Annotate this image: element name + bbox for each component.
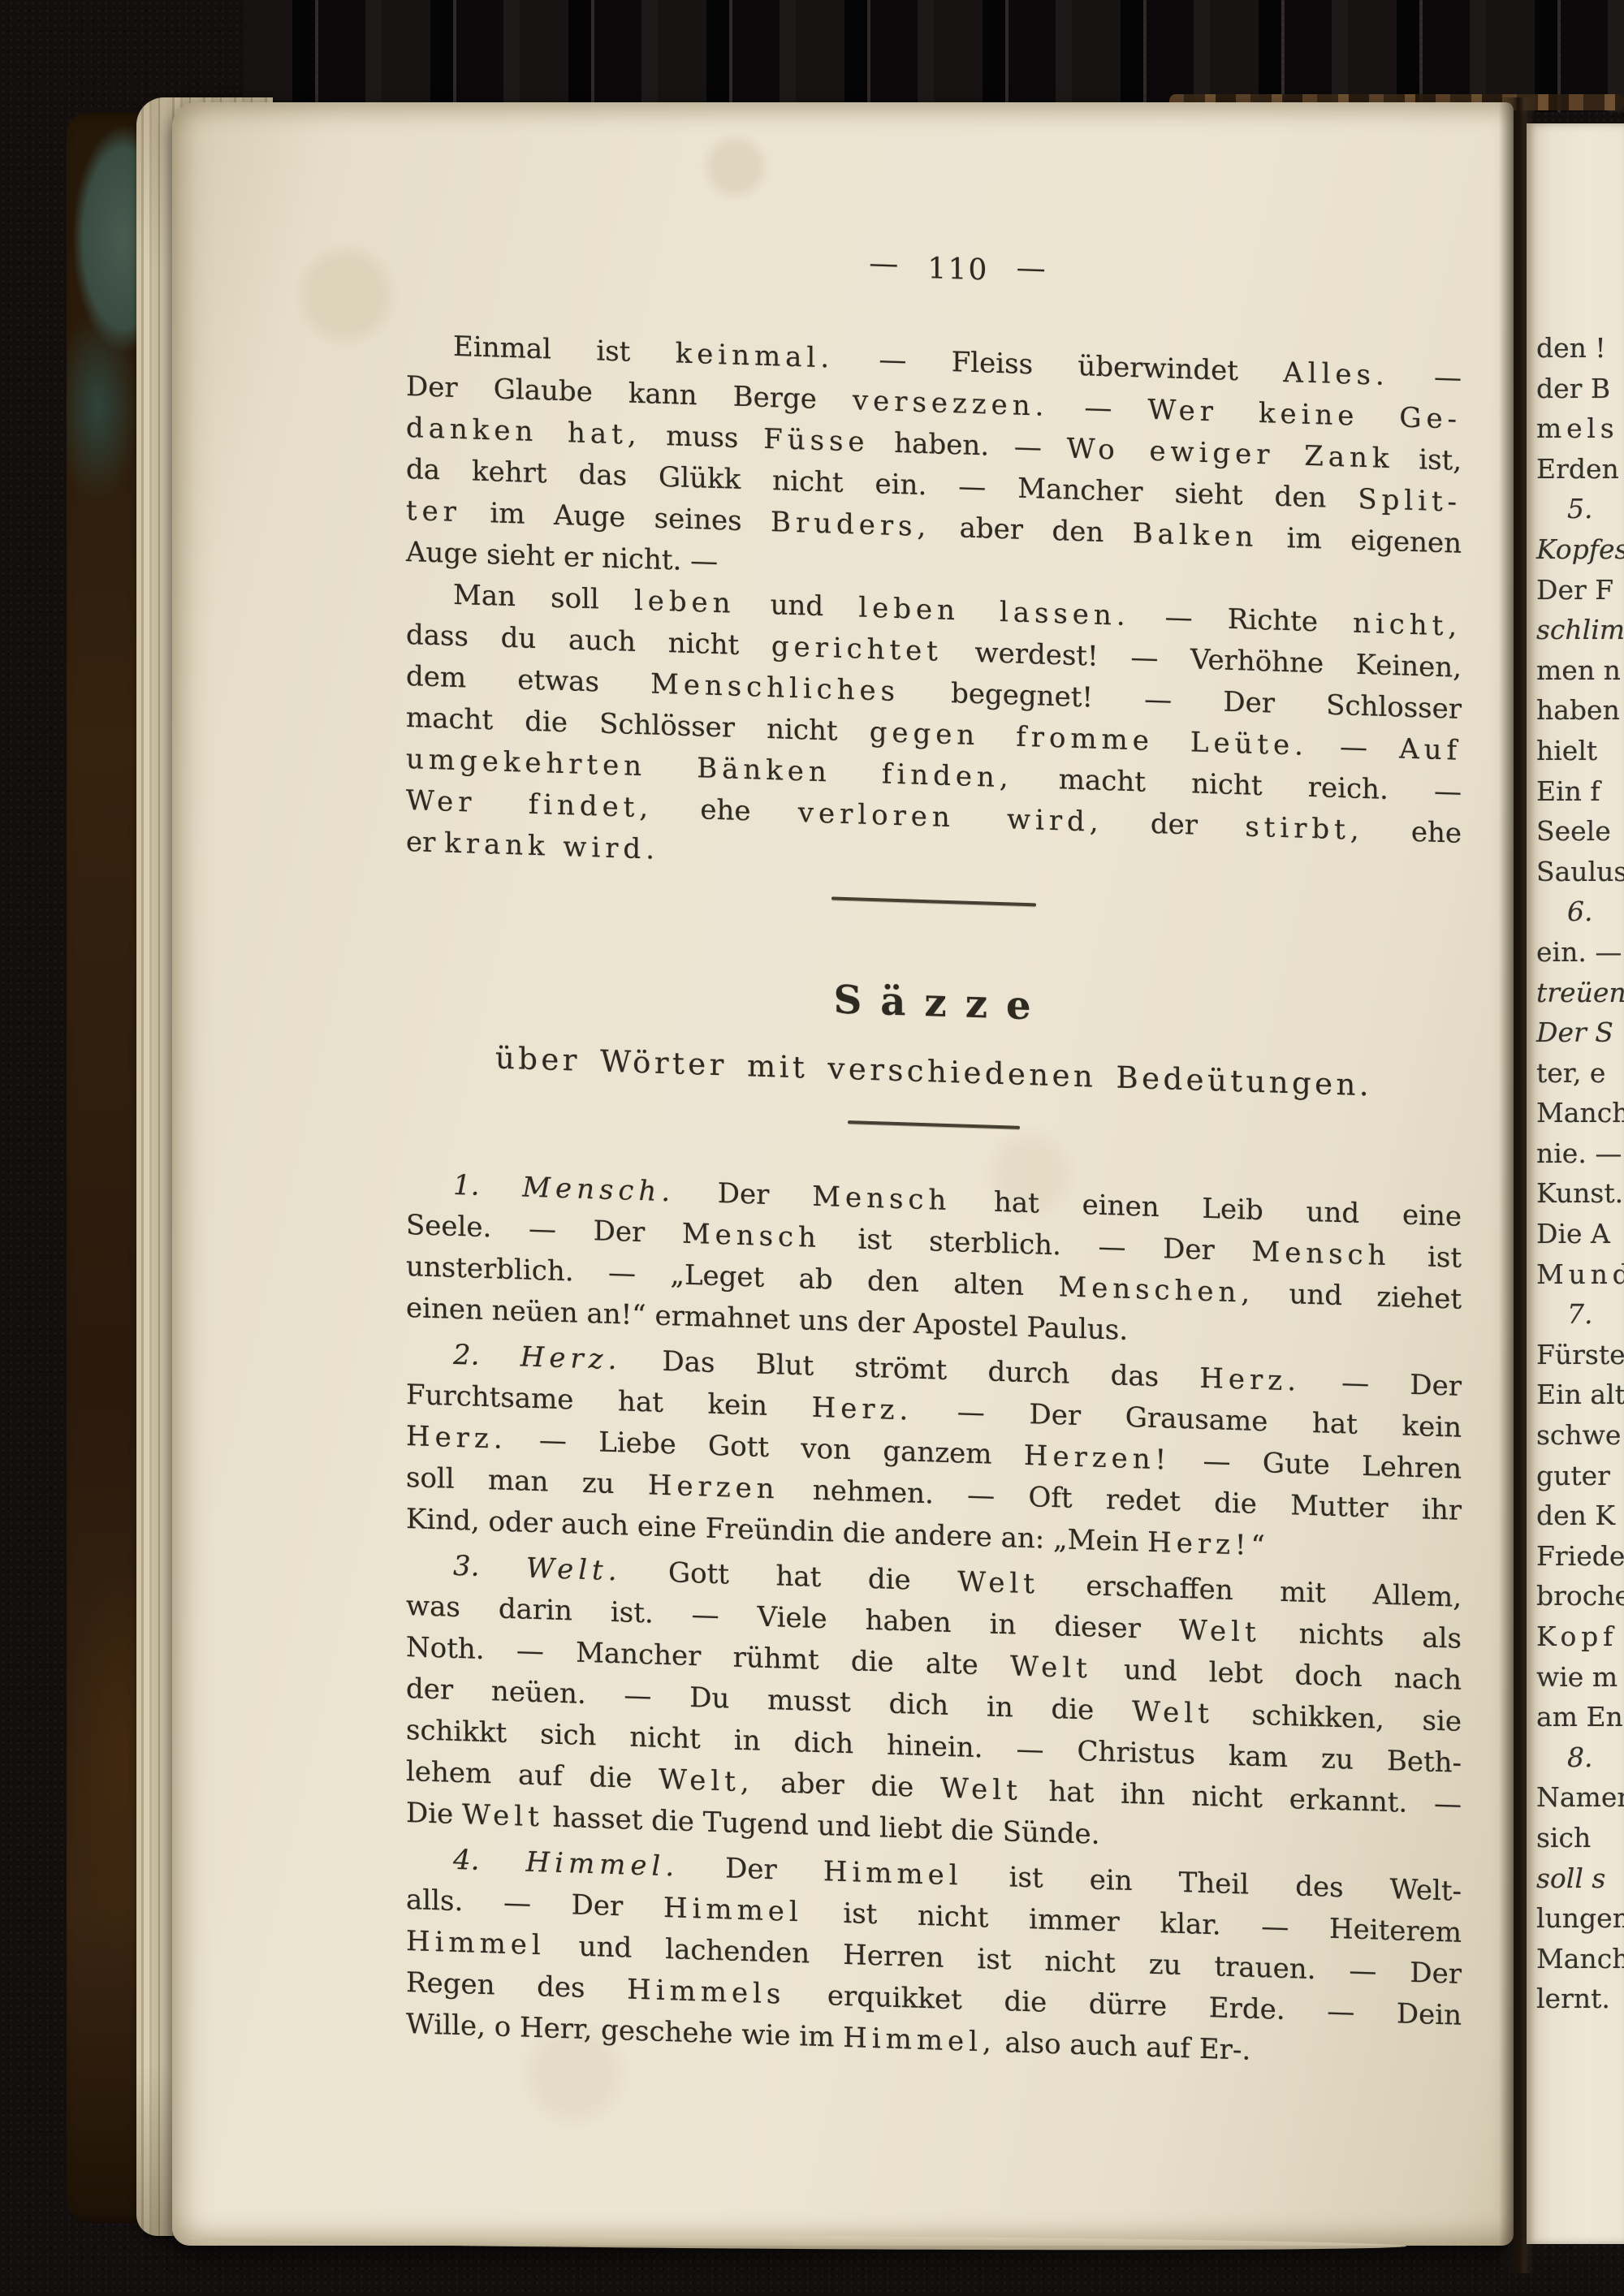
page-number-dash-right: — [1017,252,1047,286]
text-segment: lehem auf die [406,1755,659,1796]
text-line: soll s [1536,1858,1624,1899]
text-line: wie m [1536,1657,1624,1698]
text-line: Manche [1536,1939,1624,1979]
text-segment: am En [1536,1701,1623,1733]
text-segment: soll s [1536,1862,1605,1894]
section-mensch: 1. Mensch. Der Mensch hat einen Leib und… [406,1163,1462,1362]
text-line: am En [1536,1697,1624,1737]
text-line: Ein f [1536,771,1624,812]
text-segment: lernt. [1536,1983,1610,2014]
text-segment: — Gute Lehren [1171,1444,1462,1486]
text-segment: haben [1536,694,1620,726]
text-segment: ist, [1393,442,1462,477]
text-segment: ehe [653,792,798,830]
text-segment: krank wird. [444,826,659,865]
text-segment: Herz. [812,1392,914,1427]
page-text-block: —110— Einmal ist keinmal. — Fleiss überw… [406,231,1462,2078]
section-welt: 3. Welt. Gott hat die Welt erschaffen mi… [406,1544,1462,1867]
text-segment: Mensch [1251,1236,1390,1272]
chapter-heading: Säzze [406,961,1462,1045]
text-line: broche [1536,1576,1624,1616]
text-line: der B [1536,369,1624,409]
text-segment: leben [634,585,736,620]
text-segment: “ [1251,1530,1265,1563]
text-line: hielt [1536,731,1624,771]
proverbs-paragraph-1: Einmal ist keinmal. — Fleiss überwindet … [406,325,1462,606]
text-segment: Balken [1133,517,1258,554]
text-segment: Menschen, [1058,1271,1255,1310]
chapter-subheading: über Wörter mit verschiedenen Bedeütunge… [406,1034,1462,1110]
heading-divider-rule [848,1120,1020,1129]
text-segment: gerichtet [771,630,943,668]
text-segment: 3. [453,1550,526,1585]
text-segment: Man soll [453,579,634,617]
section-himmel: 4. Himmel. Der Himmel ist ein Theil des … [406,1838,1462,2078]
text-segment: Himmel [663,1892,803,1928]
text-segment: soll man zu [406,1461,648,1501]
numbered-sections: 1. Mensch. Der Mensch hat einen Leib und… [406,1163,1462,2078]
text-segment: dem etwas [406,660,650,700]
proverbs-paragraph-2: Man soll leben und leben lassen. — Richt… [406,573,1462,896]
text-segment: Menschliches [650,667,900,708]
text-segment: Wille, o Herr, geschehe wie im [406,2008,843,2054]
text-segment: Fürster [1536,1339,1624,1370]
page-number-dash-left: — [869,247,900,281]
text-segment: Kunst. [1536,1177,1623,1209]
text-segment: broche [1536,1580,1624,1612]
text-segment: men n [1536,654,1621,686]
text-segment: Regen des [406,1966,627,2006]
text-segment: 1. [453,1169,522,1204]
text-segment: schlimm [1536,614,1624,645]
text-segment: der B [1536,373,1610,404]
text-segment: — [1048,391,1147,426]
text-line: den ! [1536,328,1624,369]
text-segment: 2. [453,1339,520,1374]
text-segment: Erden [1536,453,1619,485]
text-segment: Die [406,1797,462,1831]
text-segment: hielt [1536,735,1597,766]
text-segment: aber den [931,511,1133,550]
text-segment: Himmels [627,1974,785,2011]
text-line: 5. [1536,489,1624,529]
text-segment: und lebt doch nach [1092,1653,1462,1697]
text-segment: nie. — [1536,1137,1622,1169]
text-segment: Welt [957,1565,1039,1600]
text-segment: Der [679,1851,823,1888]
text-segment: stirbt, [1245,810,1363,847]
text-line: guter [1536,1456,1624,1496]
text-line: 7. [1536,1294,1624,1335]
text-line: sich [1536,1818,1624,1858]
text-line: 6. [1536,891,1624,932]
text-segment: ehe [1364,814,1462,850]
text-segment: Himmel [823,1855,963,1892]
text-line: mels [1536,408,1624,449]
text-segment: Wo ewiger Zank [1067,433,1394,476]
text-segment: der [1104,806,1246,843]
text-segment: alls. — Der [406,1884,663,1924]
section-divider-rule [831,896,1036,906]
text-line: Erden [1536,449,1624,490]
text-segment: verloren wird, [798,796,1104,839]
text-segment: ter [406,494,461,529]
text-segment: Füsse [763,423,869,459]
text-segment: Kopf [1536,1621,1618,1652]
text-segment: Furchtsame hat kein [406,1379,812,1424]
text-segment: Manche [1536,1097,1624,1129]
text-segment: danken hat, [406,412,641,451]
text-line: lernt. [1536,1979,1624,2019]
text-line: nie. — [1536,1133,1624,1174]
text-segment: — Der [1301,1366,1462,1403]
text-line: Manche [1536,1093,1624,1133]
text-segment: Herz. [520,1340,622,1376]
text-segment: mels [1536,412,1618,444]
text-segment: Mensch [682,1218,821,1254]
text-segment: dass du auch nicht [406,619,771,662]
text-segment: 7. [1567,1298,1593,1330]
text-segment: Himmel. [526,1846,679,1884]
text-line: Kunst. [1536,1173,1624,1214]
text-segment: Alles. [1283,356,1389,392]
text-segment: im eigenen [1258,521,1462,560]
text-segment: nicht, [1353,607,1462,643]
text-segment: guter [1536,1460,1610,1491]
text-line: schlimm [1536,610,1624,650]
text-segment: Kopfes [1536,533,1624,565]
text-segment: Mund [1536,1258,1624,1290]
text-line: Der F [1536,570,1624,611]
text-segment: Herz. [1199,1362,1301,1398]
text-line: men n [1536,650,1624,691]
text-segment: keinmal. [676,337,834,374]
text-segment: Seele. — Der [406,1209,682,1250]
text-segment: haben. — [869,426,1066,465]
text-line: Der S [1536,1012,1624,1053]
text-line: Seele [1536,811,1624,852]
text-segment: also auch auf Er-. [996,2026,1251,2067]
scanned-book-page: den !der BmelsErden5.KopfesDer Fschlimmm… [0,0,1624,2296]
text-line: lungen [1536,1898,1624,1939]
text-segment: Herz! [1147,1526,1250,1562]
text-segment: lungen [1536,1902,1624,1934]
text-segment: Gott hat die [621,1555,957,1598]
text-segment: Mensch [812,1180,951,1217]
text-segment: Welt [462,1798,544,1833]
text-line: den K [1536,1495,1624,1536]
text-segment: — [1389,360,1462,395]
text-segment: Manche [1536,1943,1624,1974]
text-segment: Ein f [1536,775,1600,807]
text-segment: Seele [1536,815,1611,847]
text-line: haben [1536,690,1624,731]
text-line: treüen [1536,973,1624,1013]
text-segment: sich [1536,1822,1591,1854]
text-segment: Frieder [1536,1540,1624,1572]
text-segment: Die A [1536,1218,1610,1249]
text-line: Frieder [1536,1536,1624,1577]
text-segment: Welt [1010,1650,1092,1685]
section-herz: 2. Herz. Das Blut strömt durch das Herz.… [406,1333,1462,1573]
text-line: Namer [1536,1777,1624,1818]
text-line: Kopf [1536,1616,1624,1657]
facing-page-text-fragment: den !der BmelsErden5.KopfesDer Fschlimmm… [1536,328,1624,2019]
text-segment: Wer keine Ge- [1148,394,1462,436]
text-segment: 8. [1567,1741,1593,1773]
text-segment: 4. [453,1844,526,1879]
text-segment: Bruders, [771,506,931,543]
text-segment: Namer [1536,1781,1624,1813]
text-segment: Welt, [659,1763,754,1799]
text-segment: nichts als [1261,1616,1462,1655]
text-segment: schwe [1536,1419,1621,1451]
text-segment: Himmel, [843,2022,996,2059]
text-line: schwe [1536,1415,1624,1456]
text-segment: Split- [1358,483,1462,519]
text-segment: ein. — [1536,936,1622,968]
facing-page-sliver: den !der BmelsErden5.KopfesDer Fschlimmm… [1527,123,1624,2244]
text-segment: im Auge seines [461,496,771,538]
text-segment: Auge sieht er nicht. — [406,536,718,578]
text-line: Ein alt [1536,1375,1624,1415]
text-segment: muss [641,419,763,455]
text-segment: er [406,826,444,859]
text-segment: Herz. [406,1420,508,1456]
text-segment: und ziehet [1255,1277,1462,1316]
text-segment: leben lassen. [858,592,1129,633]
text-segment: Der F [1536,574,1613,606]
text-segment: Mensch. [522,1172,675,1209]
text-line: ein. — [1536,932,1624,973]
text-segment: den ! [1536,332,1606,364]
text-line: Mund [1536,1254,1624,1295]
text-segment: treüen [1536,977,1624,1008]
text-segment: den K [1536,1500,1615,1531]
text-segment: Welt [1179,1614,1261,1649]
text-segment: Welt [1132,1695,1214,1730]
text-segment: Einmal ist [453,330,676,370]
text-segment: Auf [1399,732,1462,766]
text-segment: — [1308,730,1399,766]
text-line: Kopfes [1536,529,1624,570]
text-segment: versezzen. [853,384,1048,423]
text-segment: Ein alt [1536,1379,1624,1410]
text-segment: Herzen [648,1469,780,1505]
text-segment: und [735,588,858,624]
text-segment: aber die [754,1766,941,1804]
text-segment: Himmel [406,1925,546,1962]
text-segment: — Richte [1129,600,1353,640]
text-segment: Welt [940,1772,1022,1807]
text-segment: ist [1390,1240,1462,1275]
text-line: 8. [1536,1737,1624,1778]
text-segment: Welt. [526,1552,621,1588]
text-segment: Wer findet, [406,784,653,825]
text-segment: Der S [1536,1016,1613,1048]
text-segment: Der [675,1176,812,1212]
text-line: Die A [1536,1214,1624,1254]
text-line: Fürster [1536,1335,1624,1375]
text-segment: Saulus [1536,856,1624,887]
text-segment: wie m [1536,1661,1618,1693]
text-segment: schikken, sie [1214,1698,1462,1738]
text-line: ter, e [1536,1053,1624,1094]
text-line: Saulus [1536,852,1624,892]
text-segment: 6. [1567,896,1593,927]
text-segment: 5. [1567,493,1593,524]
text-segment: Herzen! [1024,1439,1171,1477]
page-number-value: 110 [927,252,988,287]
text-segment: ter, e [1536,1057,1605,1089]
